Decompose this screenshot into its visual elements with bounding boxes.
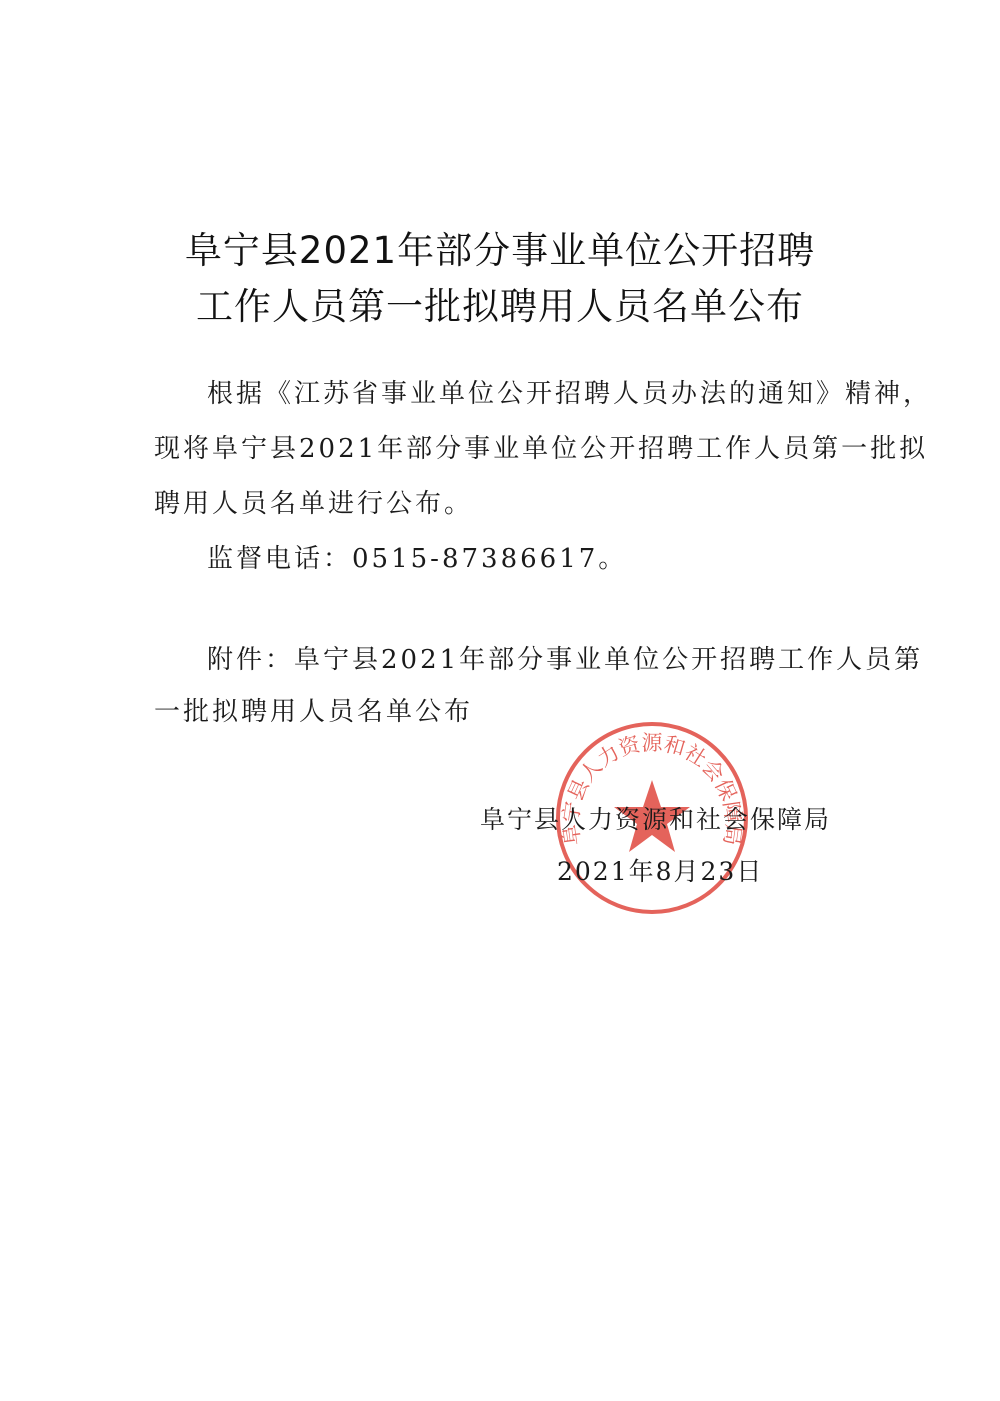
- signature-organization: 阜宁县人力资源和社会保障局: [480, 800, 831, 836]
- signature-date: 2021年8月23日: [557, 852, 763, 888]
- attachment-line-1: 附件：阜宁县2021年部分事业单位公开招聘工作人员第: [207, 639, 923, 676]
- body-paragraph-line-3: 聘用人员名单进行公布。: [154, 483, 473, 520]
- title-line-2: 工作人员第一批拟聘用人员名单公布: [0, 276, 1000, 330]
- body-paragraph-line-1: 根据《江苏省事业单位公开招聘人员办法的通知》精神，: [207, 373, 932, 410]
- supervision-phone: 监督电话：0515-87386617。: [207, 538, 627, 575]
- body-paragraph-line-2: 现将阜宁县2021年部分事业单位公开招聘工作人员第一批拟: [154, 428, 928, 465]
- title-line-1: 阜宁县2021年部分事业单位公开招聘: [0, 220, 1000, 274]
- document-page: 阜宁县2021年部分事业单位公开招聘 工作人员第一批拟聘用人员名单公布 根据《江…: [0, 0, 1000, 1401]
- attachment-line-2: 一批拟聘用人员名单公布: [154, 691, 473, 728]
